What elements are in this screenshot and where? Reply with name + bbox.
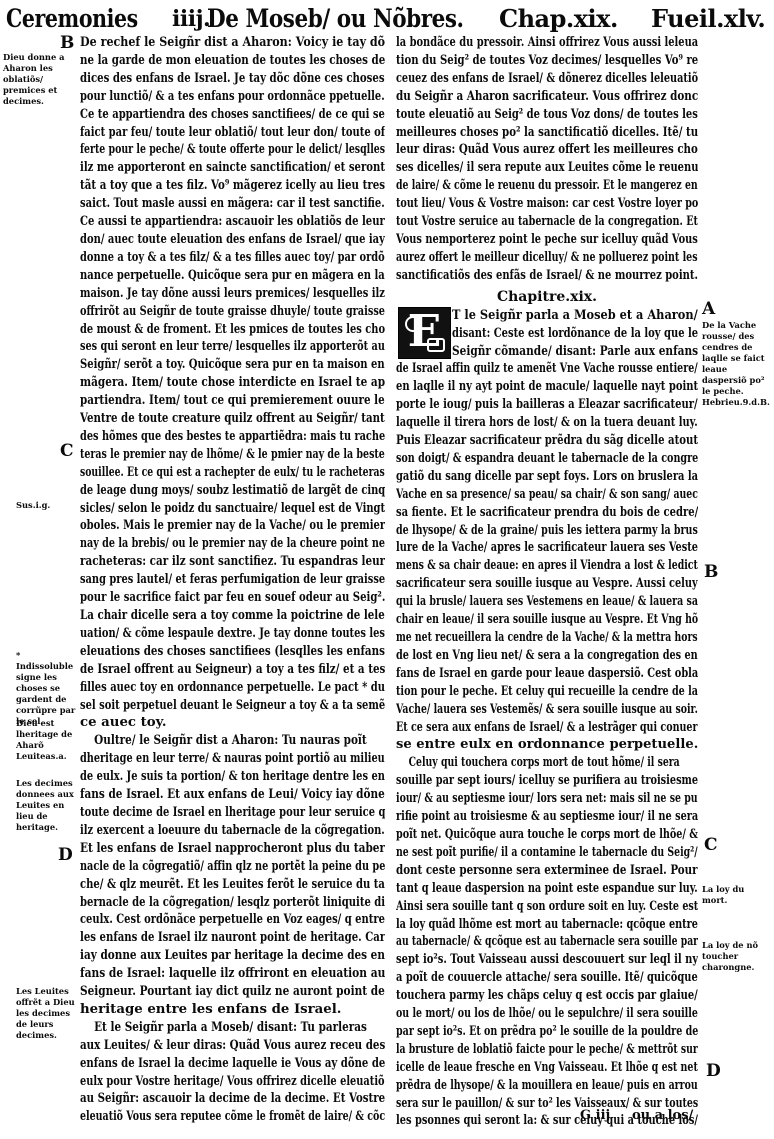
margin-note: La loy de nõ toucher charongne.	[702, 940, 768, 973]
text-line: bernacle de la cõgregation/ lesqlz porte…	[80, 894, 385, 912]
text-line: uation/ & cõme lespaule dextre. Je tay d…	[80, 625, 385, 643]
margin-note: Dieu est lheritage de Aharõ Leuiteas.a.	[16, 718, 76, 762]
text-line: prẽdra de lhysope/ & la mouillera en lea…	[396, 1077, 698, 1095]
text-line: tion du Seig² de toutes Voz decimes/ les…	[396, 52, 698, 70]
text-line: dices des enfans de Israel. Je tay dõc d…	[80, 70, 385, 88]
text-line: Oultre/ le Seigñr dist a Aharon: Tu naur…	[80, 732, 381, 750]
text-line: heritage entre les enfans de Israel.	[80, 1001, 385, 1019]
catchword: ou a los/	[632, 1108, 693, 1123]
text-line: gatiõ du sang dicelle par sept foys. Lor…	[396, 468, 698, 486]
text-line: ses dicelles/ il sera repute aux Leuites…	[396, 159, 698, 177]
text-line: fans de Israel en garde pour leaue daspe…	[396, 665, 698, 683]
margin-note: Sus.i.g.	[16, 500, 76, 511]
text-line: nacle de la cõgregatiõ/ affin qlz ne por…	[80, 858, 385, 876]
text-line: donne a toy & a tes filz/ & a tes filles…	[80, 249, 385, 267]
paragraph: la bondãce du pressoir. Ainsi offrirez V…	[396, 34, 698, 285]
text-line: iour/ & au septiesme iour/ lors sera net…	[396, 790, 698, 808]
running-header: Ceremonies iiij. De Moseb/ ou Nõbres. Ch…	[2, 2, 772, 36]
text-line: de leage dung moys/ soubz lestimatiõ de …	[80, 482, 385, 500]
text-line: du Seigñr a Aharon sacrificateur. Vous o…	[396, 88, 698, 106]
text-line: sicles/ selon le poidz du sanctuaire/ le…	[80, 500, 385, 518]
text-line: Ce te appartiendra des choses sanctifiee…	[80, 106, 385, 124]
text-line: eleuatiõ Vous sera reputee cõme le fromẽ…	[80, 1108, 385, 1126]
text-line: se entre eulx en ordonnance perpetuelle.	[396, 736, 698, 754]
text-line: sel soit perpetuel deuant le Seigneur a …	[80, 697, 385, 715]
text-line: ce auec toy.	[80, 714, 385, 732]
text-line: disant: Ceste est lordõnance de la loy q…	[452, 325, 698, 343]
text-line: de Israel offrent au Seigneur) a toy a t…	[80, 661, 385, 679]
text-line: tion pour le peche. Et celuy qui recueil…	[396, 683, 698, 701]
text-line: Et le Seigñr parla a Moseb/ disant: Tu p…	[80, 1019, 381, 1037]
margin-letter-b: B	[60, 34, 74, 52]
text-line: ceuez des enfans de Israel/ & dõnerez di…	[396, 70, 698, 88]
margin-note: Les decimes donnees aux Leuites en lieu …	[16, 778, 78, 833]
text-line: eulx pour Vostre heritage/ Vous offrirez…	[80, 1073, 385, 1091]
margin-note: La loy du mort.	[702, 884, 762, 906]
text-line: offrirõt au Seigñr de toute graisse dhuy…	[80, 303, 385, 321]
paragraph: de Israel affin quilz te amenẽt Vne Vach…	[396, 360, 698, 754]
text-line: ceulx. Cest ordõnãce perpetuelle en Voz …	[80, 911, 385, 929]
text-line: Vache en sa presence/ sa peau/ sa chair/…	[396, 486, 698, 504]
text-line: don/ auec toute eleuation des enfans de …	[80, 231, 385, 249]
signature-mark: G iij	[580, 1108, 610, 1123]
text-line: touchera parmy les chãps celuy q est occ…	[396, 987, 698, 1005]
text-line: a poĩt de couuercle attache/ sera souill…	[396, 969, 698, 987]
right-text-column: la bondãce du pressoir. Ainsi offrirez V…	[396, 34, 698, 1130]
text-line: pour lunctiõ/ & a tes enfans pour ordonn…	[80, 88, 385, 106]
text-line: me net recueillera la cendre de la Vache…	[396, 629, 698, 647]
text-line: tant q leaue daspersion na point este es…	[396, 880, 698, 898]
text-line: poĩt net. Quicõque aura touche le corps …	[396, 826, 698, 844]
text-line: T le Seigñr parla a Moseb et a Aharon/	[452, 307, 698, 325]
text-line: meilleures choses po² la sanctificatiõ d…	[396, 124, 698, 142]
margin-letter-a: A	[702, 300, 715, 318]
text-line: ne sest poĩt purifie/ il a contamine le …	[396, 844, 698, 862]
margin-letter-b: B	[704, 563, 718, 581]
text-line: de lost en Vng lieu net/ & sera a la con…	[396, 647, 698, 665]
text-line: Et les enfans de Israel napprocheront pl…	[80, 840, 385, 858]
book-title: De Moseb/ ou Nõbres.	[207, 2, 464, 36]
book-page: Ceremonies iiij. De Moseb/ ou Nõbres. Ch…	[0, 0, 774, 1139]
text-line: faict par feu/ toute leur oblatiõ/ tout …	[80, 124, 385, 142]
running-head-left: Ceremonies	[6, 2, 138, 36]
text-line: La chair dicelle sera a toy comme la poi…	[80, 607, 385, 625]
text-line: aux Leuites/ & leur diras: Quãd Vous aur…	[80, 1037, 385, 1055]
text-line: la bondãce du pressoir. Ainsi offrirez V…	[396, 34, 698, 52]
text-line: ses qui seront en leur terre/ lesquelles…	[80, 338, 385, 356]
text-line: au tabernacle/ & qcõque est au tabernacl…	[396, 933, 698, 951]
text-line: fans de Israel. Et aux enfans de Leui/ V…	[80, 786, 385, 804]
text-line: fans de Israel: laquelle ilz offriront e…	[80, 965, 385, 983]
text-line: Vache/ lauera ses Vestemẽs/ & sera souil…	[396, 701, 698, 719]
text-line: che/ & qlz meurẽt. Et les Leuites ferõt …	[80, 876, 385, 894]
chapter-heading: Chapitre.xix.	[396, 287, 698, 307]
text-line: qui la brusle/ lauera ses Vestemens en l…	[396, 593, 698, 611]
margin-letter-d: D	[58, 846, 73, 864]
paragraph: Celuy qui touchera corps mort de tout hõ…	[396, 754, 698, 1130]
text-line: au Seigñr: ascauoir la decime de la deci…	[80, 1090, 385, 1108]
text-line: dont ceste personne sera exterminee de I…	[396, 862, 698, 880]
paragraph: De rechef le Seigñr dist a Aharon: Voicy…	[80, 34, 385, 732]
text-line: teras le premier nay de lhõme/ & le pmie…	[80, 446, 385, 464]
text-line: chair en leaue/ il sera souille iusque a…	[396, 611, 698, 629]
text-line: sang pres lautel/ et feras perfumigation…	[80, 571, 385, 589]
text-line: Seigñr/ serõt a toy. Quicõque sera pur e…	[80, 356, 385, 374]
text-line: tout lieu/ Vous & Vostre maison: car ces…	[396, 195, 698, 213]
text-line: tout Vostre seruice au tabernacle de la …	[396, 213, 698, 231]
text-line: tãt a toy que a tes filz. Vo⁹ mãgerez ic…	[80, 177, 385, 195]
text-line: de moust & de froment. Et les pmices de …	[80, 321, 385, 339]
decorated-initial: E	[398, 307, 451, 359]
folio-number: iiij.	[172, 2, 210, 36]
text-line: de Israel affin quilz te amenẽt Vne Vach…	[396, 360, 698, 378]
text-line: Et ce sera aux enfans de Israel/ & a les…	[396, 719, 698, 737]
text-line: eleuations des choses sanctifiees (lesql…	[80, 643, 385, 661]
text-line: maison. Je tay dõne aussi leurs premices…	[80, 285, 385, 303]
text-line: la brusture de loblatiõ faicte pour le p…	[396, 1041, 698, 1059]
paragraph: Oultre/ le Seigñr dist a Aharon: Tu naur…	[80, 732, 385, 1019]
paragraph: Et le Seigñr parla a Moseb/ disant: Tu p…	[80, 1019, 385, 1126]
text-line: dheritage en leur terre/ & nauras point …	[80, 750, 385, 768]
margin-note: Dieu donne a Aharon les oblatiõs/ premic…	[3, 52, 77, 107]
text-line: ne la garde de mon eleuation de toutes l…	[80, 52, 385, 70]
text-line: Seigñr cõmande/ disant: Parle aux enfans	[452, 343, 698, 361]
text-line: aurez offert le meilleur dicelluy/ & ne …	[396, 249, 698, 267]
text-line: pour le sacrifice faict par feu en souef…	[80, 589, 385, 607]
text-line: nance perpetuelle. Quicõque sera pur en …	[80, 267, 385, 285]
text-line: souille par sept iours/ icelluy se purif…	[396, 772, 698, 790]
text-line: par sept io²s. Et on prẽdra po² le souil…	[396, 1023, 698, 1041]
margin-note: De la Vache rousse/ des cendres de laqll…	[702, 320, 772, 408]
text-line: mens & sa chair deaue: en apres il Viend…	[396, 557, 698, 575]
text-line: les enfans de Israel ilz nauront point d…	[80, 929, 385, 947]
text-line: filles auec toy en ordonnance perpetuell…	[80, 679, 385, 697]
text-line: Puis Eleazar sacrificateur prẽdra du sãg…	[396, 432, 698, 450]
text-line: laquelle il tirera hors de lost/ & on la…	[396, 414, 698, 432]
text-line: la loy quãd lhõme est mort au tabernacle…	[396, 916, 698, 934]
text-line: Ce aussi te appartiendra: ascauoir les o…	[80, 213, 385, 231]
text-line: Seigneur. Pourtant iay dict quilz ne aur…	[80, 983, 385, 1001]
left-text-column: De rechef le Seigñr dist a Aharon: Voicy…	[80, 34, 385, 1126]
text-line: Vous nemporterez point le peche sur icel…	[396, 231, 698, 249]
margin-letter-c: C	[60, 442, 74, 460]
text-line: sanctificatiõs des enfãs de Israel/ & ne…	[396, 267, 698, 285]
text-line: partiendra. Item/ tout ce qui premiereme…	[80, 392, 385, 410]
text-line: ou le mort/ ou los de lhõe/ ou le sepulc…	[396, 1005, 698, 1023]
margin-letter-c: C	[704, 836, 718, 854]
text-line: toute eleuatiõ au Seig² de tous Voz dons…	[396, 106, 698, 124]
text-line: leur diras: Quãd Vous aurez offert les m…	[396, 141, 698, 159]
text-line: racheteras: car ilz sont sanctifiez. Tu …	[80, 553, 385, 571]
initial-letter: E	[403, 309, 446, 355]
text-line: Celuy qui touchera corps mort de tout hõ…	[396, 754, 693, 772]
margin-letter-d: D	[706, 1062, 721, 1080]
text-line: oboles. Mais le premier nay de la Vache/…	[80, 517, 385, 535]
text-line: Ventre de toute creature quilz offrent a…	[80, 410, 385, 428]
text-line: en laqlle il ny ayt point de macule/ laq…	[396, 378, 698, 396]
text-line: Ainsi sera souille tant q son ordure soi…	[396, 898, 698, 916]
text-line: enfans de Israel la decime laquelle ie V…	[80, 1055, 385, 1073]
text-line: saict. Tout masle aussi en mãgera: car i…	[80, 195, 385, 213]
text-line: ilz me apporteront en saincte sanctifica…	[80, 159, 385, 177]
text-line: nay de la brebis/ ou le premier nay de l…	[80, 535, 385, 553]
text-line: icelle de leaue fresche en Vng Vaisseau.…	[396, 1059, 698, 1077]
text-line: sacrificateur sera souille iusque au Ves…	[396, 575, 698, 593]
text-line: De rechef le Seigñr dist a Aharon: Voicy…	[80, 34, 385, 52]
text-line: porte le ioug/ puis la bailleras a Eleaz…	[396, 396, 698, 414]
text-line: de eulx. Je suis ta portion/ & ton herit…	[80, 768, 385, 786]
text-line: de laire/ & cõme le reuenu du pressoir. …	[396, 177, 698, 195]
text-line: lure de la Vache/ apres le sacrificateur…	[396, 539, 698, 557]
text-line: sept io²s. Tout Vaisseau aussi descouuer…	[396, 951, 698, 969]
text-line: mãgera. Item/ toute chose interdicte en …	[80, 374, 385, 392]
leaf-number: Fueil.xlv.	[651, 2, 765, 36]
text-line: ilz exercent a loeuure du tabernacle de …	[80, 822, 385, 840]
margin-note: Les Leuites offrẽt a Dieu les decimes de…	[16, 986, 78, 1041]
text-line: des hõmes que des bestes te appartiẽdra:…	[80, 428, 385, 446]
text-line: toute decime de Israel en lheritage pour…	[80, 804, 385, 822]
text-line: sa fiente. Et le sacrificateur prendra d…	[396, 504, 698, 522]
text-line: rifie point au troisiesme & au septiesme…	[396, 808, 698, 826]
text-line: iay donne aux Leuites par heritage la de…	[80, 947, 385, 965]
chapter-number: Chap.xix.	[499, 2, 618, 36]
text-line: ferte pour le peche/ & toute offerte pou…	[80, 141, 385, 159]
margin-note: * Indissoluble signe les choses se garde…	[16, 650, 76, 727]
text-line: souillee. Et ce qui est a rachepter de e…	[80, 464, 385, 482]
text-line: son doigt/ & espandra deuant le tabernac…	[396, 450, 698, 468]
text-line: de lhysope/ & de la graine/ puis les iet…	[396, 522, 698, 540]
